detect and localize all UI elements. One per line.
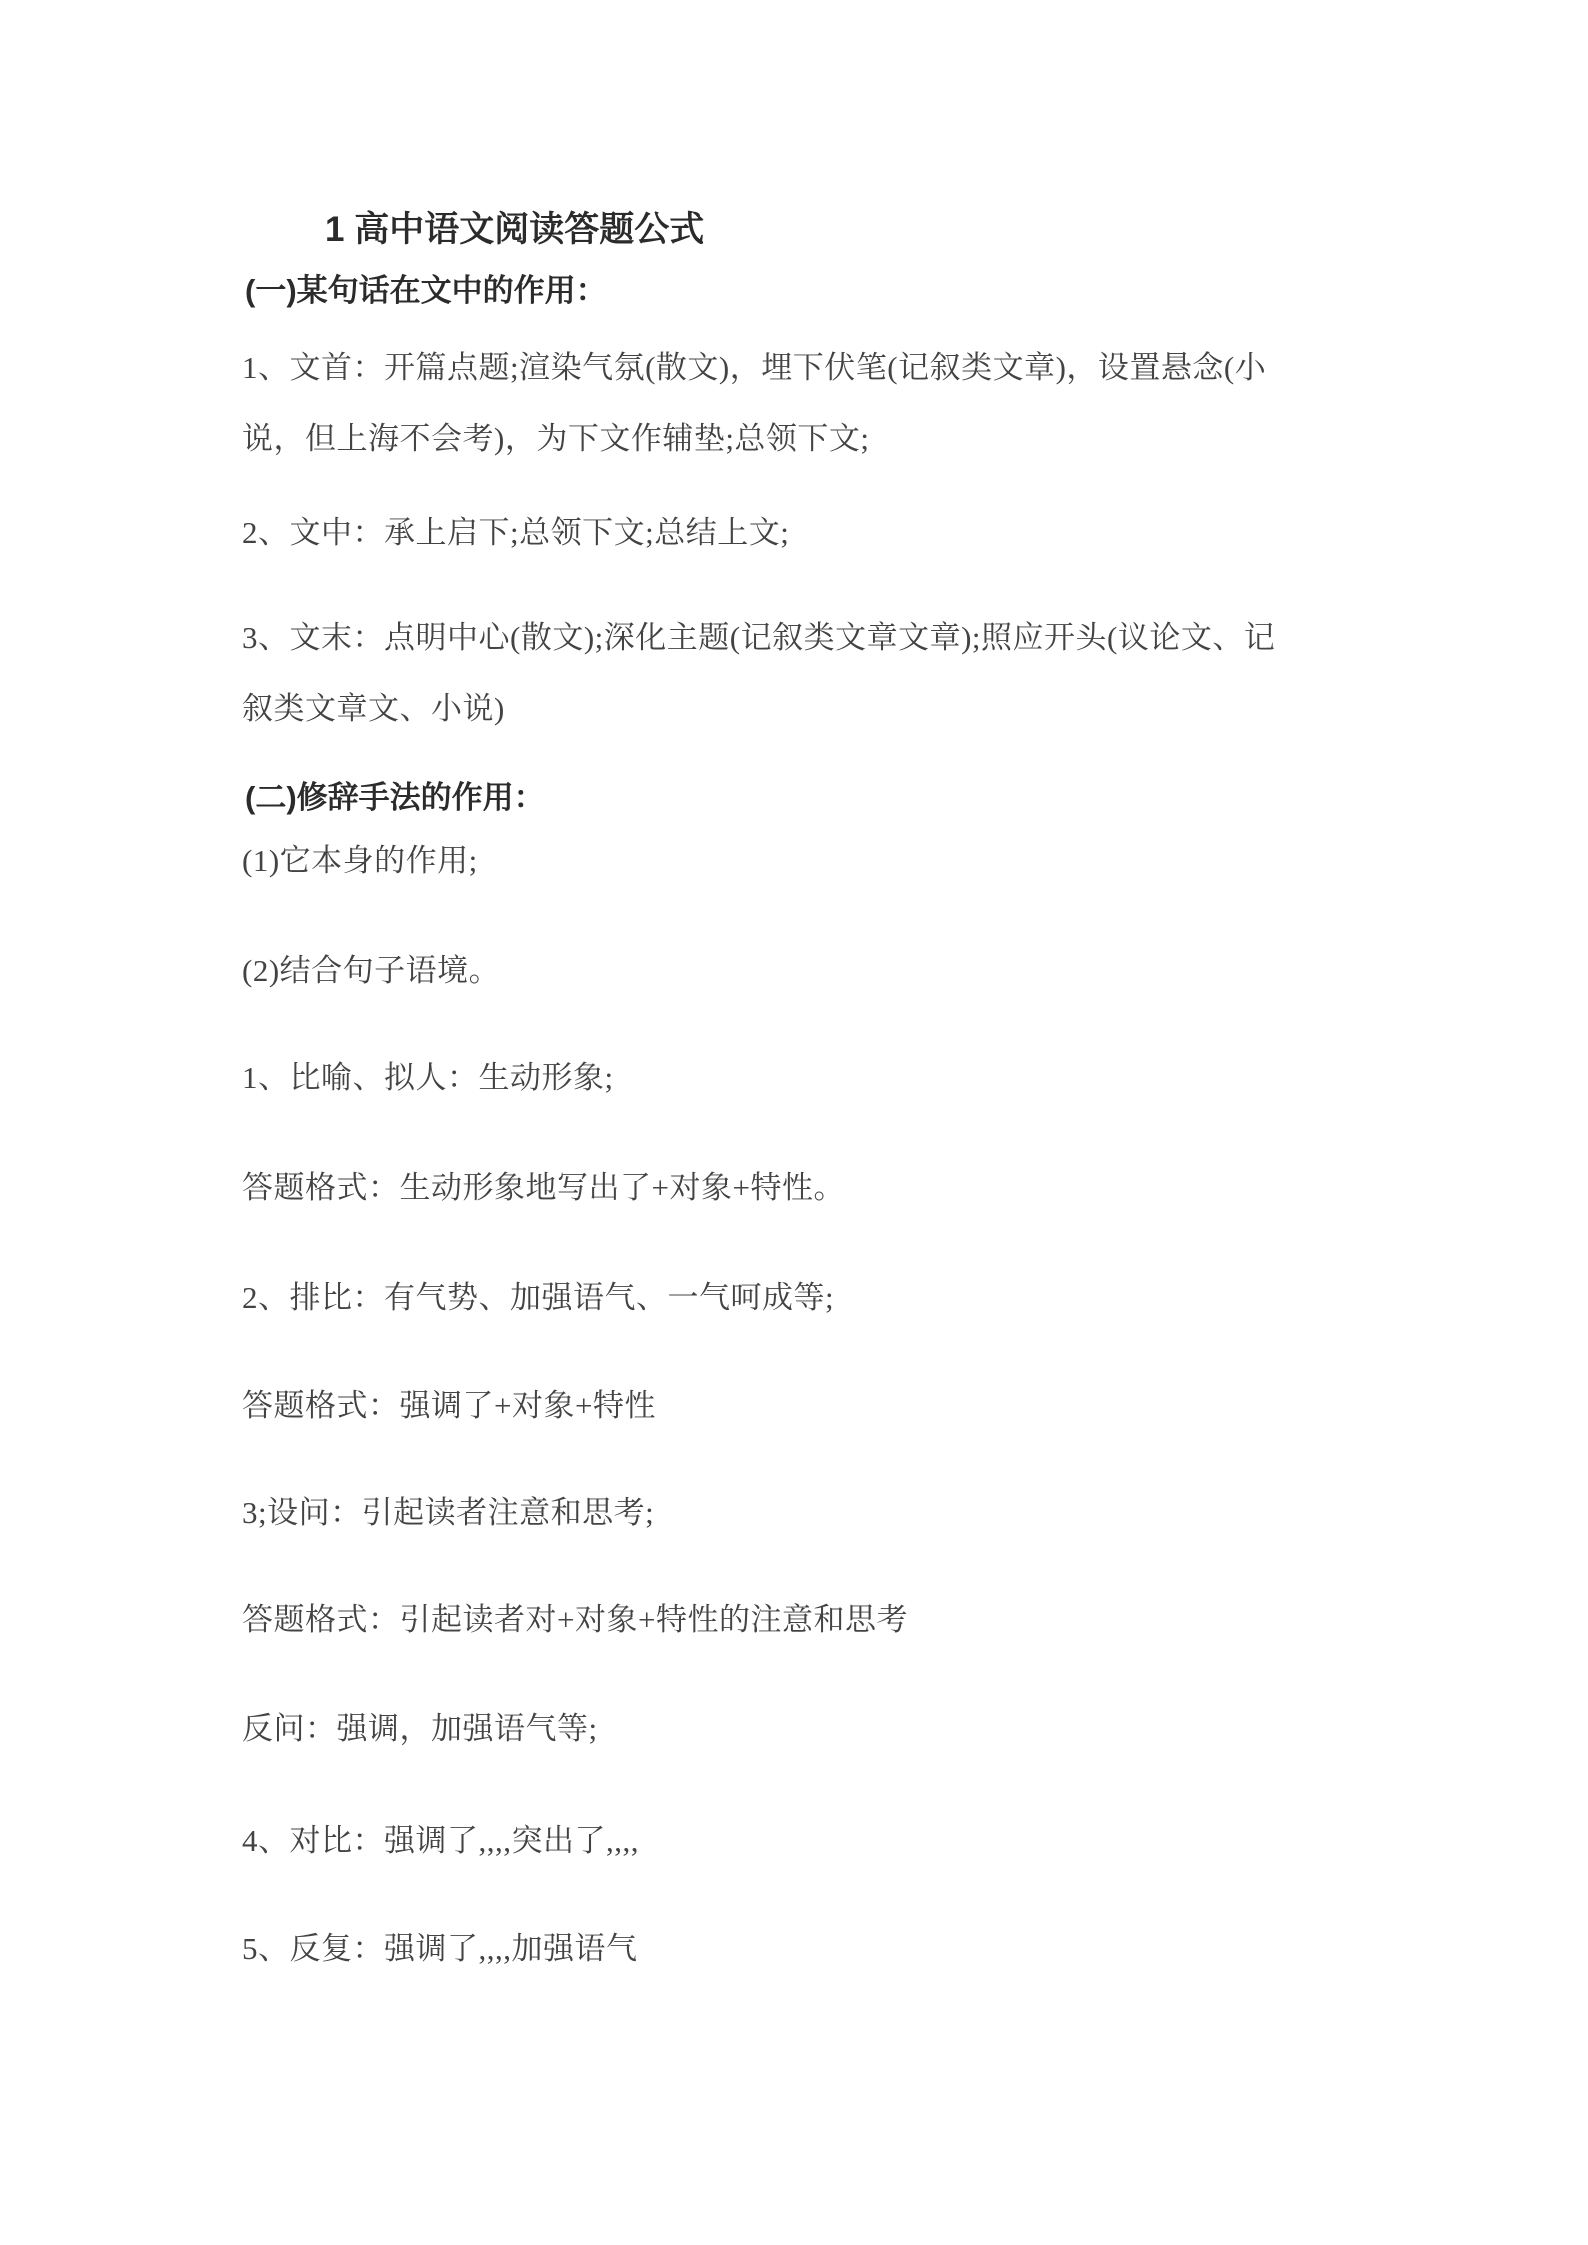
- section-2-paragraph-fanfu: 5、反复：强调了,,,,加强语气: [242, 1913, 638, 1984]
- section-2-paragraph-paibi: 2、排比：有气势、加强语气、一气呵成等;: [242, 1262, 834, 1333]
- section-1-paragraph-wenmo: 3、文末：点明中心(散文);深化主题(记叙类文章文章);照应开头(议论文、记 叙…: [242, 602, 1275, 744]
- section-1-heading: (一)某句话在文中的作用：: [245, 272, 607, 310]
- section-2-paragraph-geshi-biyu: 答题格式：生动形象地写出了+对象+特性。: [242, 1152, 845, 1223]
- section-2-paragraph-shewen: 3;设问：引起读者注意和思考;: [242, 1477, 654, 1548]
- section-2-paragraph-duibi: 4、对比：强调了,,,,突出了,,,,: [242, 1805, 639, 1876]
- section-2-paragraph-biyu: 1、比喻、拟人：生动形象;: [242, 1042, 614, 1113]
- section-2-paragraph-geshi-shewen: 答题格式：引起读者对+对象+特性的注意和思考: [242, 1584, 908, 1655]
- section-2-paragraph-yujing: (2)结合句子语境。: [242, 935, 500, 1006]
- doc-title: 1 高中语文阅读答题公式: [325, 209, 704, 251]
- section-2-paragraph-fanwen: 反问：强调，加强语气等;: [242, 1693, 598, 1764]
- section-2-paragraph-benshen: (1)它本身的作用;: [242, 825, 478, 896]
- section-1-paragraph-wenzhong: 2、文中：承上启下;总领下文;总结上文;: [242, 497, 789, 568]
- section-2-heading: (二)修辞手法的作用：: [245, 779, 545, 817]
- section-2-paragraph-geshi-paibi: 答题格式：强调了+对象+特性: [242, 1370, 656, 1441]
- document-page: 1 高中语文阅读答题公式 (一)某句话在文中的作用： 1、文首：开篇点题;渲染气…: [0, 0, 1588, 2245]
- section-1-paragraph-wenshou: 1、文首：开篇点题;渲染气氛(散文)，埋下伏笔(记叙类文章)，设置悬念(小 说，…: [242, 332, 1266, 474]
